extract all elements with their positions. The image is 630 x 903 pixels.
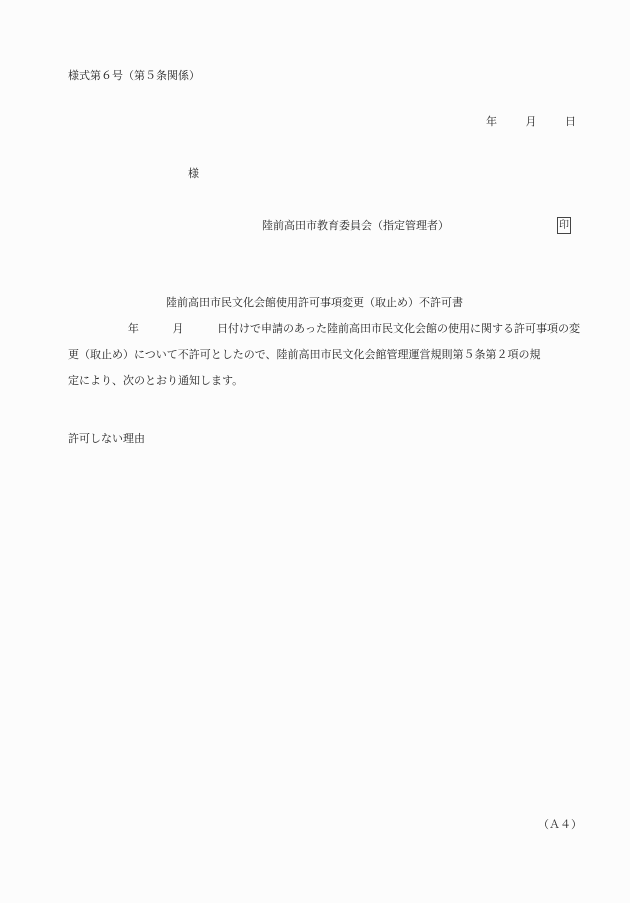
addressee-honorific: 様 [188, 167, 199, 181]
blank-gap [193, 322, 207, 348]
blank-gap [149, 322, 163, 348]
body-line-2-text: 更（取止め）について不許可としたので、陸前高田市民文化会館管理運営規則第５条第２… [68, 348, 541, 374]
date-month-label: 月 [526, 115, 537, 129]
form-number: 様式第６号（第５条関係） [68, 69, 200, 83]
seal-icon: 印 [557, 217, 571, 234]
date-day-label: 日 [565, 115, 576, 129]
date-line: 年 月 日 [486, 115, 576, 129]
body-line-1-text: 日付けで申請のあった陸前高田市民文化会館の使用に関する許可事項の変 [217, 322, 580, 348]
body-line-2: 更（取止め）について不許可としたので、陸前高田市民文化会館管理運営規則第５条第２… [68, 348, 580, 374]
issuer-name: 陸前高田市教育委員会（指定管理者） [262, 219, 449, 233]
body-line-3: 定により、次のとおり通知します。 [68, 374, 580, 400]
body-month-label: 月 [172, 322, 183, 348]
body-line-1: 年 月 日付けで申請のあった陸前高田市民文化会館の使用に関する許可事項の変 [68, 322, 580, 348]
paper-size-label: （Ａ４） [538, 818, 582, 832]
document-title: 陸前高田市民文化会館使用許可事項変更（取止め）不許可書 [166, 296, 463, 310]
body-line-3-text: 定により、次のとおり通知します。 [68, 374, 243, 400]
document-page: 様式第６号（第５条関係） 年 月 日 様 陸前高田市教育委員会（指定管理者） 印… [0, 0, 630, 903]
date-year-label: 年 [486, 115, 497, 129]
document-body: 年 月 日付けで申請のあった陸前高田市民文化会館の使用に関する許可事項の変 更（… [68, 322, 580, 400]
indent [68, 322, 118, 348]
reason-label: 許可しない理由 [68, 432, 145, 446]
body-year-label: 年 [128, 322, 139, 348]
